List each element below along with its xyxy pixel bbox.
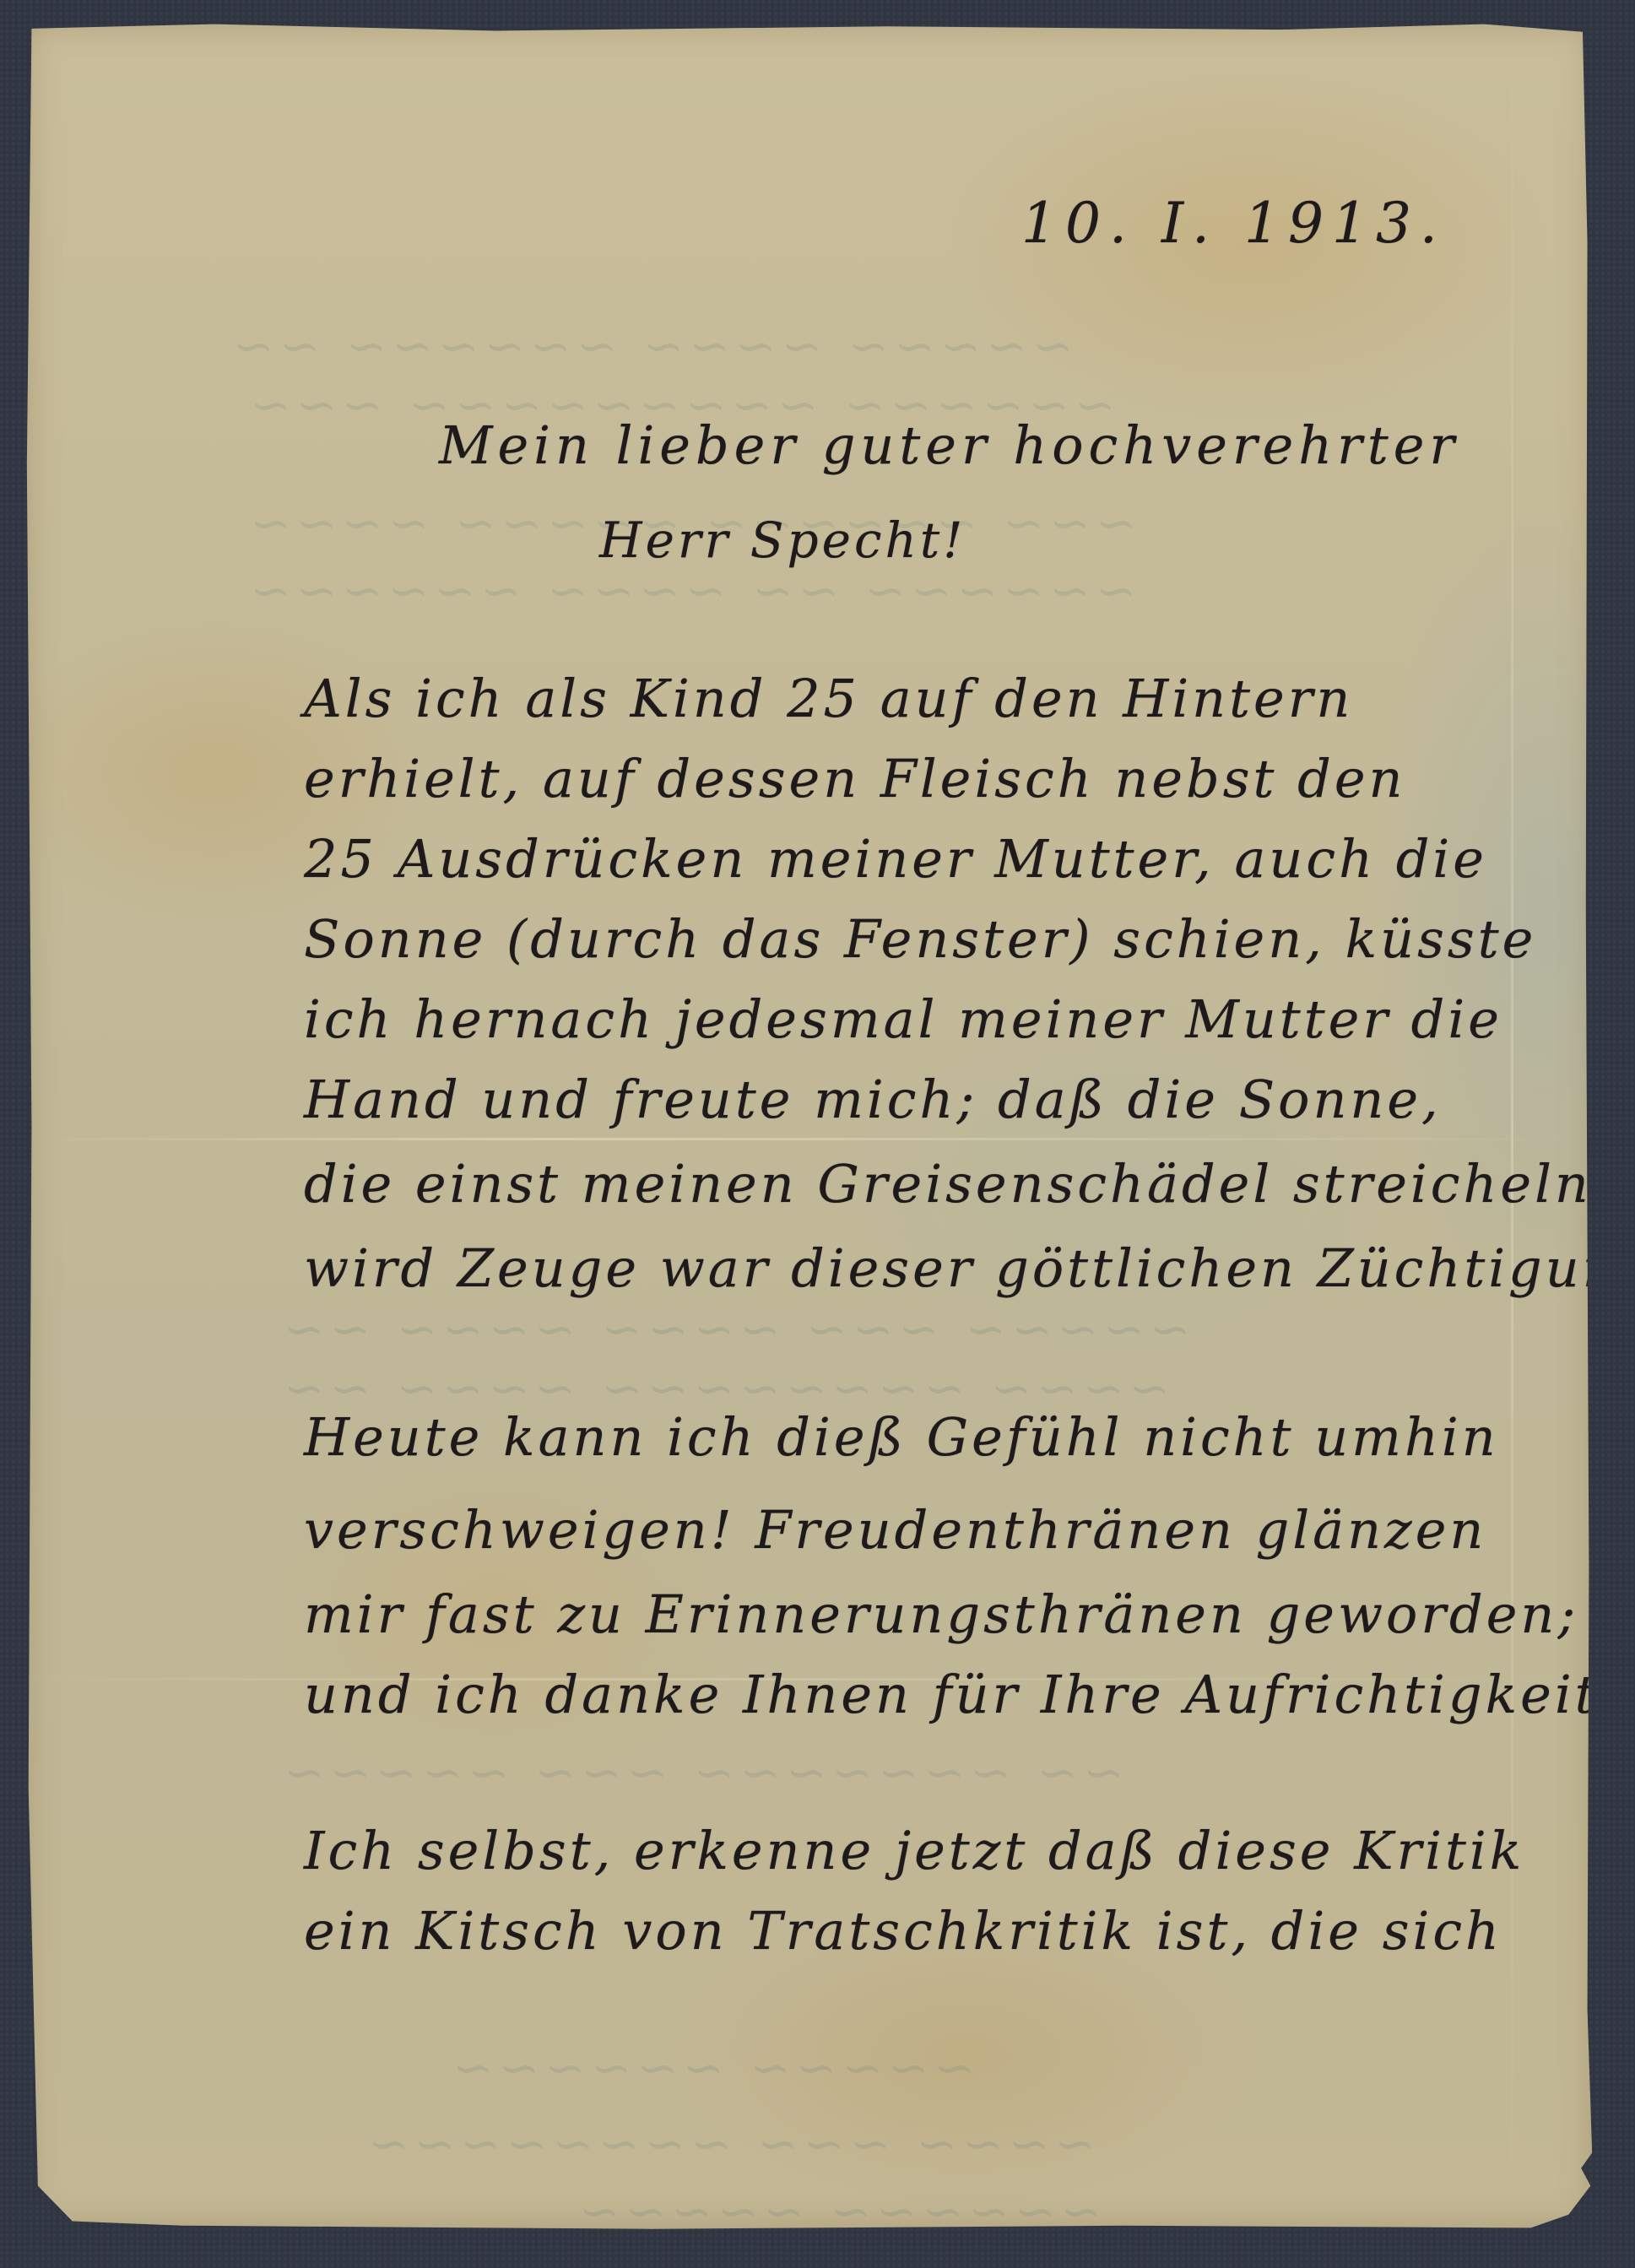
text-line: die einst meinen Greisenschädel streiche… (304, 1153, 1592, 1215)
reverse-side-bleed-through: ~~ ~~~~~~~ ~~~ ~~~~~ (279, 1744, 1123, 1801)
text-line: 25 Ausdrücken meiner Mutter, auch die (304, 828, 1487, 890)
salutation-line-2: Herr Specht! (599, 512, 966, 569)
text-line: ein Kitsch von Tratschkritik ist, die si… (304, 1900, 1502, 1962)
letter-sheet: ~~~~~ ~~~~ ~~~~~~ ~~ ~~~~~~ ~~~~~~~~~ ~~… (25, 22, 1594, 2230)
reverse-side-bleed-through: ~~~~~~ ~~ ~~~~ ~~~~~~ (245, 562, 1136, 620)
text-line: verschweigen! Freudenthränen glänzen (304, 1499, 1486, 1561)
text-line: wird Zeuge war dieser göttlichen Züchtig… (304, 1237, 1635, 1299)
text-line: Ich selbst, erkenne jetzt daß diese Krit… (304, 1820, 1524, 1881)
text-line: Hand und freute mich; daß die Sonne, (304, 1069, 1442, 1130)
text-line: mir fast zu Erinnerungsthränen geworden; (304, 1583, 1578, 1645)
text-line: und ich danke Ihnen für Ihre Aufrichtigk… (304, 1664, 1619, 1725)
reverse-side-bleed-through: ~~~~~ ~~~~~~ (447, 2039, 975, 2097)
letter-date: 10. I. 1913. (1021, 191, 1446, 256)
text-line: erhielt, auf dessen Fleisch nebst den (304, 748, 1405, 809)
text-line: Heute kann ich dieß Gefühl nicht umhin (304, 1406, 1499, 1468)
text-line: Sonne (durch das Fenster) schien, küsste (304, 908, 1536, 970)
text-line: ich hernach jedesmal meiner Mutter die (304, 988, 1502, 1050)
reverse-side-bleed-through: ~~~~~ ~~~ ~~~~ ~~~~ ~~ (279, 1301, 1191, 1358)
paper-fold-line (1511, 22, 1513, 2230)
salutation-line-1: Mein lieber guter hochverehrter (439, 414, 1459, 476)
reverse-side-bleed-through: ~~~~~ ~~~~ ~~~~~~ ~~ (228, 317, 1073, 375)
text-line: Als ich als Kind 25 auf den Hintern (304, 668, 1353, 729)
reverse-side-bleed-through: ~~~~ ~~~ ~~~~~~~~ (363, 2115, 1096, 2173)
paper-fold-line (25, 1138, 1594, 1140)
